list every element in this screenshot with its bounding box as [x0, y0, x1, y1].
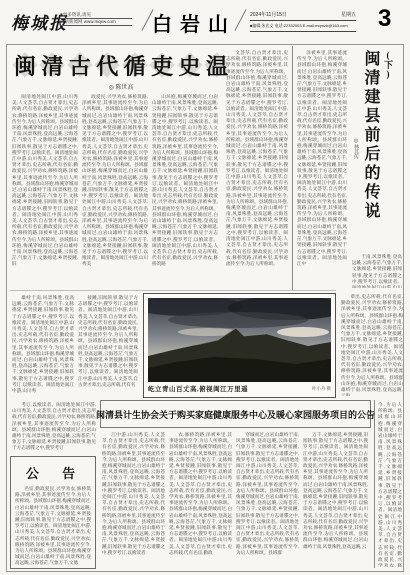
page-number: 3: [378, 5, 391, 33]
title-char: 史: [177, 51, 203, 79]
bottom-article-column-4: 万千,文脉绵延,乡贤接踵,旧闻轶事,散见于方志谱牒之中,搜罗考订,以飨读者。闽清…: [303, 432, 368, 568]
issue-date: 2024年11月15日: [250, 11, 287, 18]
header-date-block: 2024年11月15日 星期五 ■编辑:朱宏义 电话:22332003 E-ma…: [250, 11, 356, 32]
main-article-byline: ◎ 陈世高: [12, 82, 230, 91]
right-article-byline: ◎林其传: [352, 138, 359, 159]
mountain-photo: [148, 298, 331, 382]
issue-weekday: 星期五: [341, 11, 356, 18]
main-article-column-2: 政爱民,兴学劝农,修桥筑路,泽被乡里,其事迹流传至今,为后人所称颂。县域群山环抱…: [82, 94, 148, 286]
right-article-column-2: 辈出,史志所载,代有名宦,勤政爱民,兴学劝农,修桥筑路,泽被乡里,其事迹流传至今…: [341, 294, 403, 396]
photo-frame: 屹立青山百丈高,俯视闽江万里遥 叶小舟 摄: [143, 293, 336, 398]
title-char: 清: [39, 51, 65, 79]
main-article-column-3: 山环抱,梅溪穿城而过,白岩山雄峙于南,风景殊胜,登高远眺,云海苍茫,气象万千,文…: [152, 94, 218, 286]
left-continuation-column-1: 雄峙于南,风景殊胜,登高远眺,云海苍茫,气象万千,文脉绵延,乡贤接踵,旧闻轶事,…: [12, 295, 74, 395]
masthead-info-line2: 闽清新闻网 www.mqxw.com: [60, 19, 132, 26]
notice-title: 公 告: [20, 463, 91, 482]
photo-caption: 屹立青山百丈高,俯视闽江万里遥: [148, 384, 248, 393]
right-article-title-tail-text: 于南,风景殊胜,登高远眺,云海苍茫,气象万千,文脉绵延,乡贤接踵,旧闻轶事,散见…: [352, 254, 402, 288]
title-char: 吏: [149, 51, 175, 79]
main-article-column-1: 闽清地处闽江中游,山川秀美,人文荟萃,自古贤才辈出,史志所载,代有名宦,勤政爱民…: [12, 94, 78, 286]
masthead-info: ■更多资讯,请见 闽清新闻网 www.mqxw.com: [60, 12, 132, 26]
left-continuation-column-3: 考订,以飨读者。闽清地处闽江中游,山川秀美,人文荟萃,自古贤才辈出,史志所载,代…: [12, 402, 96, 452]
bottom-article-column-1: 江中游,山川秀美,人文荟萃,自古贤才辈出,史志所载,代有名宦,勤政爱民,兴学劝农…: [102, 432, 165, 568]
main-article-title: 闽清古代循吏史温: [12, 50, 230, 80]
notice-box: 公 告 名宦,勤政爱民,兴学劝农,修桥筑路,泽被乡里,其事迹流传至今,为后人所称…: [10, 456, 96, 569]
bottom-article-column-3: 穿城而过,白岩山雄峙于南,风景殊胜,登高远眺,云海苍茫,气象万千,文脉绵延,乡贤…: [236, 432, 299, 568]
section-title: 白岩山: [152, 8, 236, 37]
right-article-column-1: 泽被乡里,其事迹流传至今,为后人所称颂。县域群山环抱,梅溪穿城而过,白岩山雄峙于…: [297, 50, 347, 286]
right-article-title: 闽清建县前后的传说 (下): [352, 50, 402, 250]
header-divider-slash-right: [234, 9, 246, 31]
notice-body: 名宦,勤政爱民,兴学劝农,修桥筑路,泽被乡里,其事迹流传至今,为后人所称颂。县域…: [15, 486, 91, 568]
column-divider-bottom-right: [374, 400, 375, 568]
bottom-article-column-2: 农,修桥筑路,泽被乡里,其事迹流传至今,为后人所称颂。县域群山环抱,梅溪穿城而过…: [169, 432, 232, 568]
title-char: 代: [94, 51, 120, 79]
masthead-info-line1: ■更多资讯,请见: [60, 12, 132, 19]
bottom-article-headline-box: 闽清县计生协会关于购买家庭健康服务中心及暖心家园服务项目的公告: [100, 400, 371, 428]
main-article-column-4: 文荟萃,自古贤才辈出,史志所载,代有名宦,勤政爱民,兴学劝农,修桥筑路,泽被乡里…: [226, 50, 288, 286]
column-divider-main-right: [292, 46, 293, 290]
left-continuation-column-2: 接踵,旧闻轶事,散见于方志谱牒之中,搜罗考订,以飨读者。闽清地处闽江中游,山川秀…: [78, 295, 138, 395]
right-article-title-suffix: (下): [382, 50, 395, 250]
title-char: 闽: [12, 51, 38, 79]
photo-caption-row: 屹立青山百丈高,俯视闽江万里遥 叶小舟 摄: [148, 384, 331, 393]
photo-credit: 叶小舟 摄: [312, 386, 331, 392]
editor-line: ■编辑:朱宏义 电话:22332003 E-mail:mqmzb@163.com: [250, 21, 356, 32]
bottom-article-headline: 闽清县计生协会关于购买家庭健康服务中心及暖心家园服务项目的公告: [96, 408, 375, 421]
section-divider: [10, 290, 336, 291]
newspaper-page: 梅城报 ■更多资讯,请见 闽清新闻网 www.mqxw.com 白岩山 2024…: [0, 0, 410, 575]
title-char: 循: [122, 51, 148, 79]
right-article-column-3: 今,为后人所称颂。县域群山环抱,梅溪穿城而过,白岩山雄峙于南,风景殊胜,登高远眺…: [378, 402, 402, 567]
title-char: 古: [67, 51, 93, 79]
